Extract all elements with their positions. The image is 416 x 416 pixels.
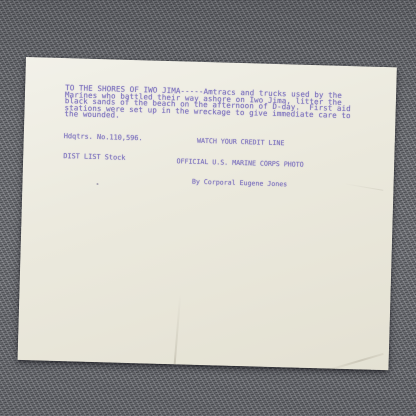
paper-speck: [96, 183, 98, 185]
paper-crease-bottom: [174, 294, 182, 364]
credit-warning-line: WATCH YOUR CREDIT LINE: [174, 137, 308, 148]
photographer-line: By Corporal Eugene Jones: [172, 178, 306, 189]
paper-crease-right: [344, 183, 384, 191]
dist-list-line: DIST LIST Stock: [63, 153, 142, 162]
official-photo-line: OFFICIAL U.S. MARINE CORPS PHOTO: [173, 158, 307, 169]
credit-stamp: WATCH YOUR CREDIT LINE OFFICIAL U.S. MAR…: [172, 123, 308, 203]
id-block: Hdqtrs. No.110,596. DIST LIST Stock: [63, 120, 143, 175]
photo-back-paper: TO THE SHORES OF IWO JIMA-----Amtracs an…: [18, 57, 397, 370]
headquarters-number-line: Hdqtrs. No.110,596.: [64, 133, 143, 142]
caption-stamp: TO THE SHORES OF IWO JIMA-----Amtracs an…: [64, 85, 351, 126]
fabric-background: TO THE SHORES OF IWO JIMA-----Amtracs an…: [0, 0, 416, 416]
paper-crease-corner: [326, 353, 384, 372]
